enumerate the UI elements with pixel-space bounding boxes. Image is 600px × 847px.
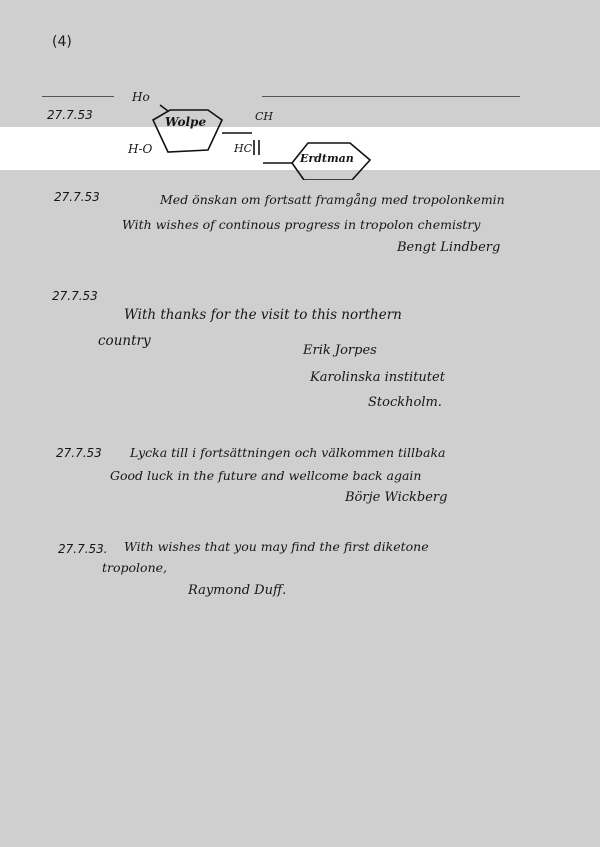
signature: Erik Jorpes xyxy=(303,343,377,358)
signature-location: Stockholm. xyxy=(368,395,442,410)
entry-date: 27.7.53. xyxy=(58,542,108,556)
signature-affiliation: Karolinska institutet xyxy=(310,370,445,385)
label-hc: HC xyxy=(234,142,252,155)
entry-line: With thanks for the visit to this northe… xyxy=(124,307,402,323)
signature: Bengt Lindberg xyxy=(397,240,500,255)
entry-line: With wishes that you may find the first … xyxy=(124,539,429,554)
signature: Raymond Duff. xyxy=(188,583,286,598)
entry-line: country xyxy=(98,333,151,349)
signature: Börje Wickberg xyxy=(345,490,447,505)
entry-date: 27.7.53 xyxy=(54,190,100,204)
label-ho: Ho xyxy=(132,90,150,104)
label-ch: CH xyxy=(255,110,273,123)
label-ho-lower: H-O xyxy=(128,142,152,156)
entry-line: tropolone, xyxy=(102,560,167,575)
entry-date: 27.7.53 xyxy=(52,289,98,303)
entry-date: 27.7.53 xyxy=(56,446,102,460)
entry-line: With wishes of continous progress in tro… xyxy=(122,217,480,232)
entry-line: Med önskan om fortsatt framgång med trop… xyxy=(160,192,505,207)
ring-label-2: Erdtman xyxy=(300,152,354,165)
entry-line: Lycka till i fortsättningen och välkomme… xyxy=(130,445,445,460)
ring-label-1: Wolpe xyxy=(165,115,206,129)
entry-line: Good luck in the future and wellcome bac… xyxy=(110,468,421,483)
